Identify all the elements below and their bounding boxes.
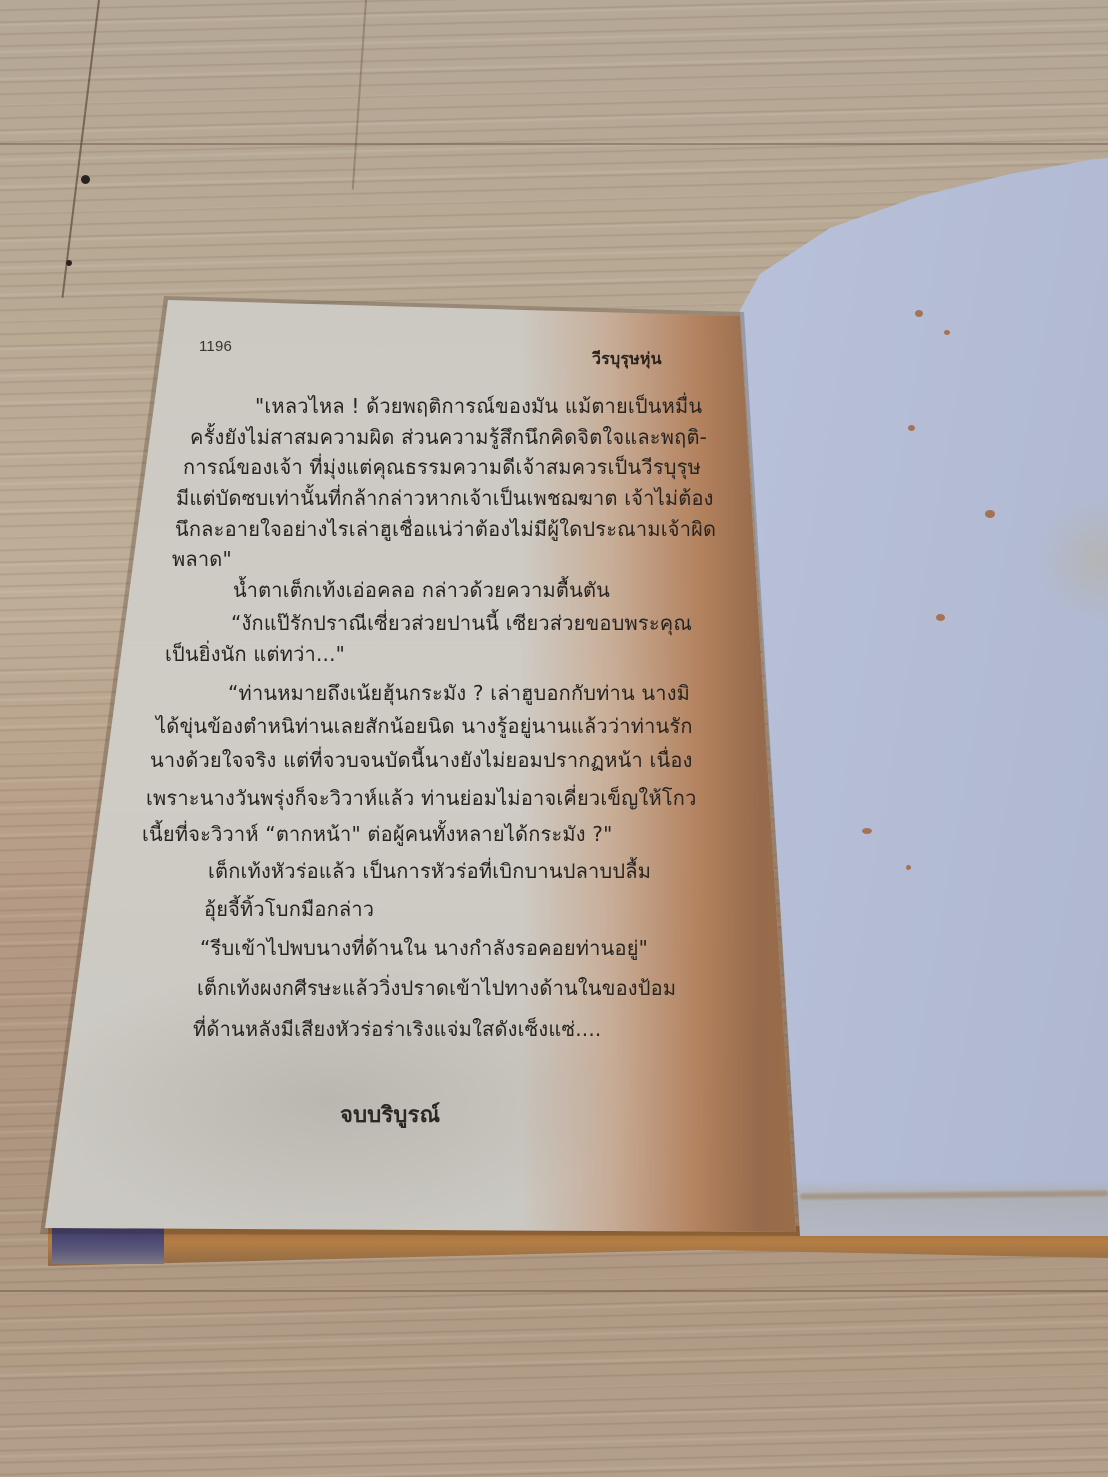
text-line: เป็นยิ่งนัก แต่ทว่า..." xyxy=(165,638,345,670)
running-head: วีรบุรุษหุ่น xyxy=(592,347,662,372)
text-line: เพราะนางวันพรุ่งก็จะวิวาห์แล้ว ท่านย่อมไ… xyxy=(146,782,697,814)
text-line: "เหลวไหล ! ด้วยพฤติการณ์ของมัน แม้ตายเป็… xyxy=(255,390,702,422)
text-line: เต็กเท้งผงกศีรษะแล้ววิ่งปราดเข้าไปทางด้า… xyxy=(197,972,676,1004)
text-line: มีแต่บัดซบเท่านั้นที่กล้ากล่าวหากเจ้าเป็… xyxy=(176,482,714,514)
text-line: เต็กเท้งหัวร่อแล้ว เป็นการหัวร่อที่เบิกบ… xyxy=(208,855,651,887)
text-line: ที่ด้านหลังมีเสียงหัวร่อร่าเริงแจ่มใสดัง… xyxy=(193,1013,601,1045)
text-line: อุ้ยจี้ทิ้วโบกมือกล่าว xyxy=(204,893,374,925)
the-end-label: จบบริบูรณ์ xyxy=(340,1097,440,1132)
text-line: “งักแป๊รักปราณีเซี่ยวส่วยปานนี้ เซียวส่ว… xyxy=(231,607,692,639)
text-line: พลาด" xyxy=(172,543,232,575)
left-page-text: 1196 วีรบุรุษหุ่น "เหลวไหล ! ด้วยพฤติการ… xyxy=(0,0,1108,1477)
text-line: การณ์ของเจ้า ที่มุ่งแต่คุณธรรมความดีเจ้า… xyxy=(183,451,701,483)
page-number: 1196 xyxy=(199,338,232,355)
text-line: ครั้งยังไม่สาสมความผิด ส่วนความรู้สึกนึก… xyxy=(190,421,707,453)
text-line: นึกละอายใจอย่างไรเล่าฮูเชื่อแน่ว่าต้องไม… xyxy=(175,513,716,545)
text-line: น้ำตาเต็กเท้งเอ่อคลอ กล่าวด้วยความตื้นตั… xyxy=(233,574,610,606)
text-line: นางด้วยใจจริง แต่ที่จวบจนบัดนี้นางยังไม่… xyxy=(150,744,693,776)
text-line: “รีบเข้าไปพบนางที่ด้านใน นางกำลังรอคอยท่… xyxy=(200,932,648,964)
text-line: ได้ขุ่นข้องตำหนิท่านเลยสักน้อยนิด นางรู้… xyxy=(156,710,693,742)
text-line: “ท่านหมายถึงเน้ยฮุ้นกระมัง ? เล่าฮูบอกกั… xyxy=(228,677,690,709)
photo-scene: 1196 วีรบุรุษหุ่น "เหลวไหล ! ด้วยพฤติการ… xyxy=(0,0,1108,1477)
text-line: เนี้ยที่จะวิวาห์ “ตากหน้า" ต่อผู้คนทั้งห… xyxy=(142,818,613,850)
